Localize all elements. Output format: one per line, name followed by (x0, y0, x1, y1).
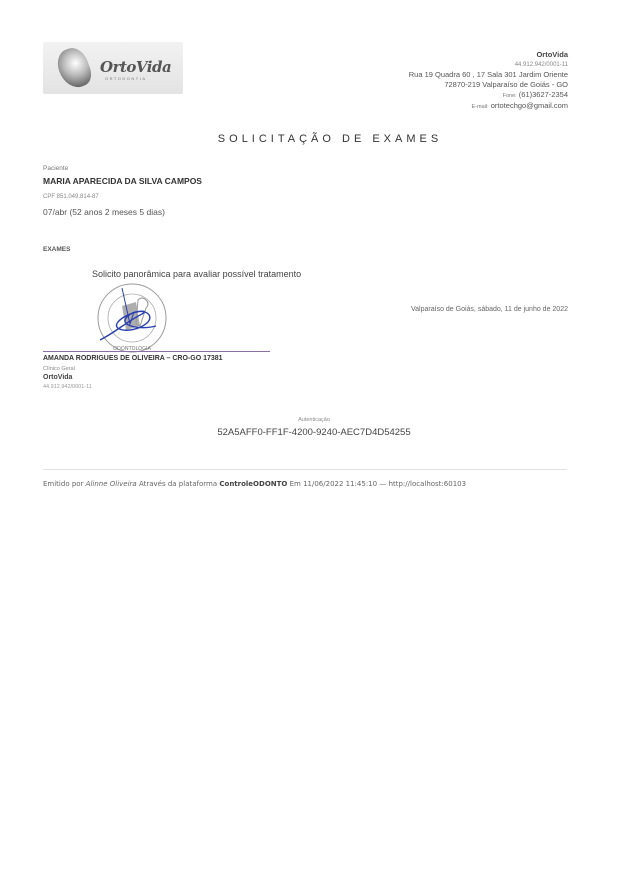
signature-clinic-cnpj: 44.912.942/0001-11 (43, 384, 92, 390)
phone-label: Fone: (503, 93, 517, 99)
phone-value: (61)3627-2354 (519, 90, 568, 99)
email-label: E-mail: (472, 104, 489, 110)
clinic-city: 72870-219 Valparaíso de Goiás - GO (409, 80, 568, 90)
clinic-phone: Fone: (61)3627-2354 (409, 90, 568, 101)
exams-label: EXAMES (43, 246, 70, 253)
footer-issuer: Alinne Oliveira (86, 480, 137, 488)
patient-label: Paciente (43, 165, 68, 172)
footer-divider (43, 469, 567, 470)
logo-swoosh-icon (53, 44, 95, 92)
footer-url: http://localhost:60103 (389, 480, 467, 488)
clinic-cnpj: 44.912.942/0001-11 (409, 60, 568, 70)
footer-prefix: Emitido por (43, 480, 83, 488)
patient-birth-age: 07/abr (52 anos 2 meses 5 dias) (43, 207, 165, 217)
place-date: Valparaíso de Goiás, sábado, 11 de junho… (411, 306, 568, 313)
clinic-address: Rua 19 Quadra 60 , 17 Sala 301 Jardim Or… (409, 70, 568, 80)
doctor-specialty: Clínico Geral (43, 366, 75, 372)
clinic-name: OrtoVida (409, 50, 568, 60)
doctor-name: AMANDA RODRIGUES DE OLIVEIRA – CRO-GO 17… (43, 355, 223, 362)
footer-through: Através da plataforma (139, 480, 217, 488)
authentication-label: Autenticação (0, 417, 620, 423)
signature-clinic-name: OrtoVida (43, 374, 72, 381)
authentication-code: 52A5AFF0-FF1F-4200-9240-AEC7D4D54255 (0, 427, 620, 438)
doctor-stamp-icon: ODONTOLOGIA (96, 282, 168, 354)
footer-platform: ControleODONTO (219, 480, 287, 488)
logo-brand: OrtoVida (100, 58, 171, 76)
patient-name: MARIA APARECIDA DA SILVA CAMPOS (43, 176, 202, 186)
clinic-logo: OrtoVida ORTODONTIA (43, 42, 183, 94)
clinic-email: E-mail: ortotechgo@gmail.com (409, 101, 568, 112)
footer-at: Em (290, 480, 301, 488)
footer-issued-by: Emitido por Alinne Oliveira Através da p… (43, 480, 466, 488)
exams-text: Solicito panorâmica para avaliar possíve… (92, 269, 301, 279)
patient-cpf: CPF 851.049.814-87 (43, 194, 99, 200)
document-title: SOLICITAÇÃO DE EXAMES (0, 133, 620, 145)
footer-datetime: 11/06/2022 11:45:10 (303, 480, 377, 488)
logo-tagline: ORTODONTIA (105, 76, 147, 81)
email-value: ortotechgo@gmail.com (491, 101, 568, 110)
signature-line (43, 351, 270, 352)
footer-separator: — (379, 480, 386, 488)
clinic-header: OrtoVida 44.912.942/0001-11 Rua 19 Quadr… (409, 50, 568, 112)
